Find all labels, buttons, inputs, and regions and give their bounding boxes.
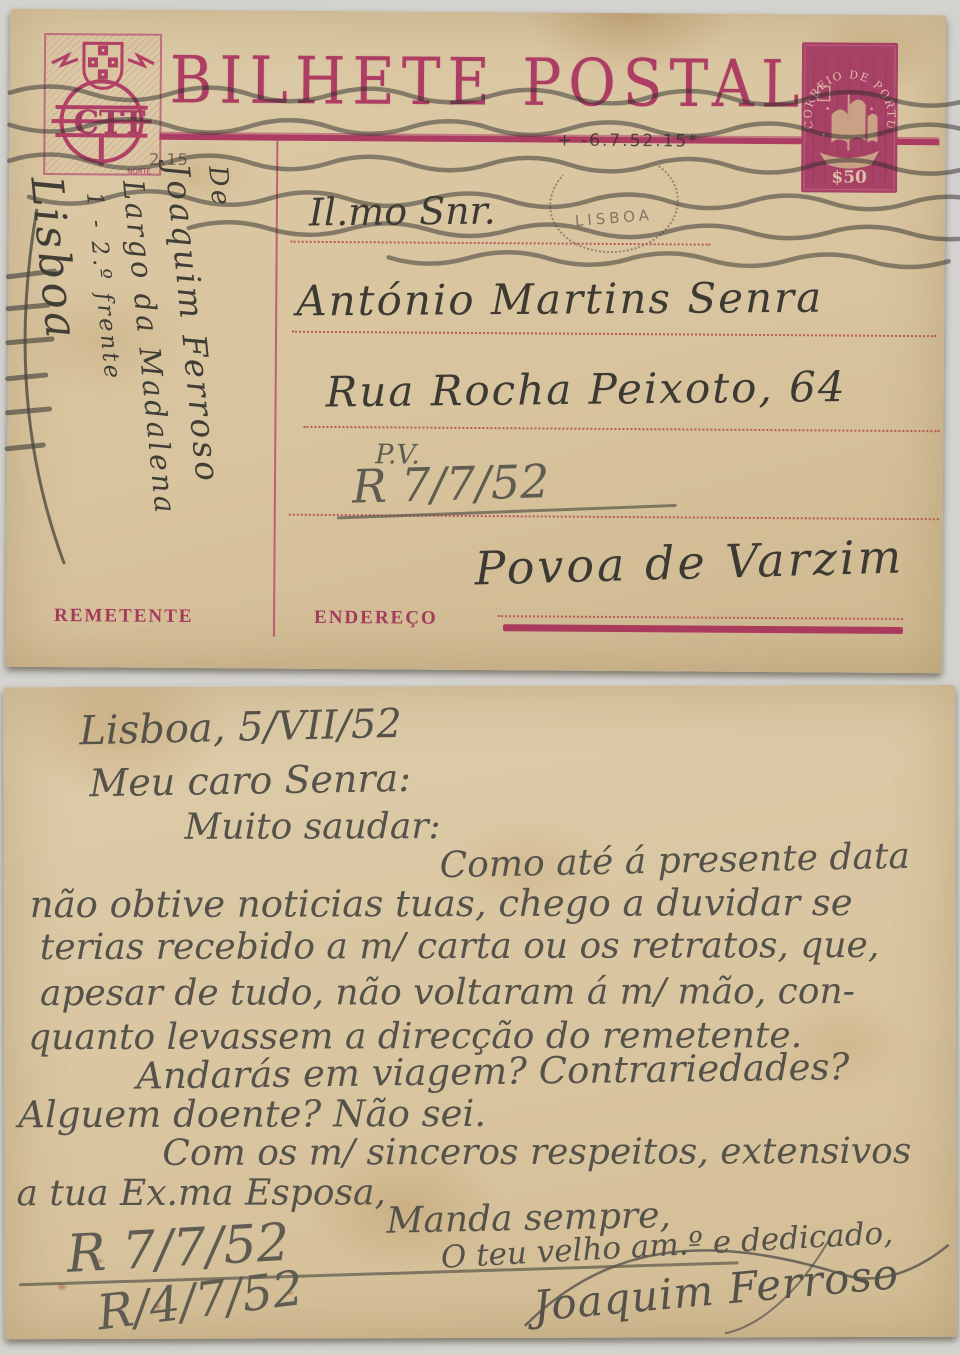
postmark-date: + -6.7.52.15*	[557, 131, 699, 152]
address-salutation: Il.mo Snr.	[309, 189, 496, 235]
postage-stamp: CORREIO DE PORTUGAL $50	[801, 42, 898, 193]
remetente-label: REMETENTE	[54, 605, 194, 628]
signature-flourish-icon	[3, 685, 957, 1339]
address-rule-2	[292, 331, 936, 337]
postcard-scan: CTT NORTE BILHETE POSTAL CORREIO DE PORT…	[0, 0, 960, 1355]
address-rule-3	[303, 426, 939, 432]
postcard-back: Lisboa, 5/VII/52 Meu caro Senra: Muito s…	[3, 685, 957, 1339]
ctt-letters: CTT	[73, 103, 145, 142]
address-street: Rua Rocha Peixoto, 64	[325, 362, 846, 416]
ctt-emblem-icon: CTT NORTE	[43, 33, 162, 178]
red-rule-divider	[273, 137, 278, 637]
address-crossed-note: R 7/7/52	[351, 454, 550, 513]
city-underline	[503, 624, 903, 634]
address-rule-5	[498, 615, 903, 620]
address-name: António Martins Senra	[296, 273, 823, 326]
endereco-label: ENDEREÇO	[314, 607, 438, 630]
stamp-value: $50	[831, 167, 867, 187]
postcard-front: CTT NORTE BILHETE POSTAL CORREIO DE PORT…	[6, 9, 947, 674]
card-title: BILHETE POSTAL	[170, 42, 791, 122]
address-city: Povoa de Varzim	[474, 530, 905, 596]
